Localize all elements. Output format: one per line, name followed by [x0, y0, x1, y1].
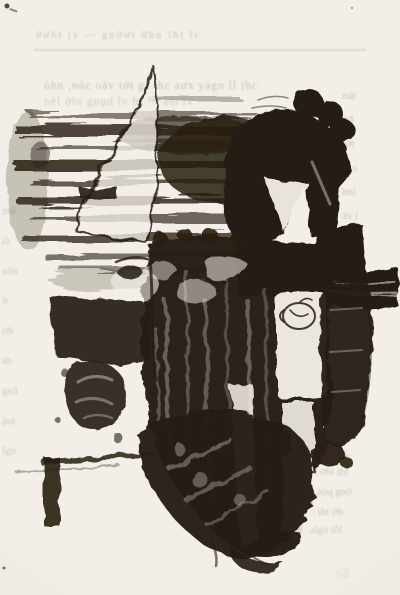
bench-outline — [16, 454, 152, 526]
ink-scribble-blob — [48, 296, 152, 443]
sail-outline — [76, 66, 157, 243]
cup-sketch — [276, 292, 326, 398]
ink-illustration — [0, 0, 400, 595]
scanned-book-page: ớưht ịv — gnờưt ữhn ĩht ĩr ỏhn ,nòc oàv … — [0, 0, 400, 595]
